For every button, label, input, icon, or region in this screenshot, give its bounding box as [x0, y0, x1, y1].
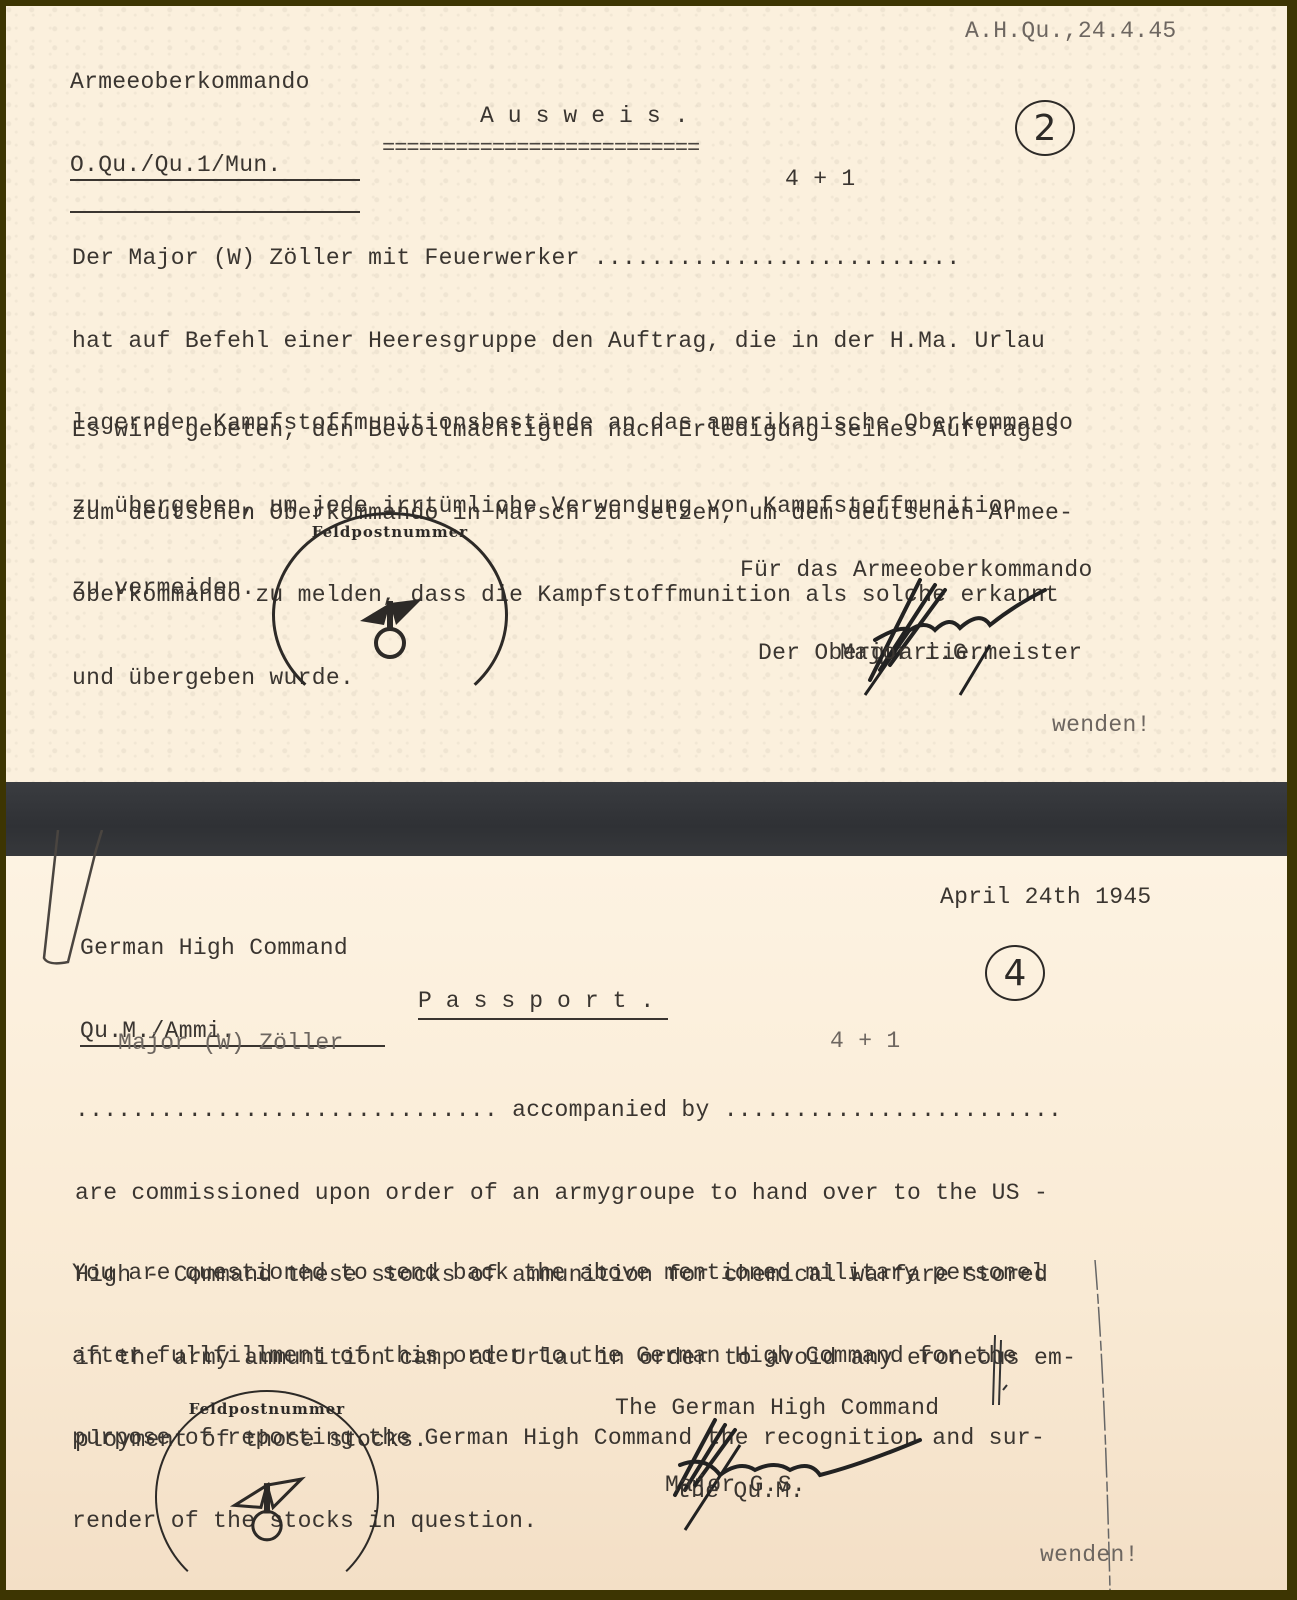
official-stamp: Feldpostnummer — [272, 512, 508, 718]
header-date: April 24th 1945 — [940, 884, 1152, 912]
circled-number-text: 2 — [1034, 108, 1057, 149]
eagle-emblem-icon — [337, 583, 443, 663]
handwritten-signature-icon — [660, 1405, 940, 1535]
paragraph-1-line: .............................. accompani… — [75, 1097, 1076, 1125]
document-title: Ausweis. — [480, 103, 702, 131]
paragraph-2-line: You are questioned to send back the abov… — [72, 1260, 1045, 1288]
header-left: Armeeoberkommando O.Qu./Qu.1/Mun. — [70, 14, 360, 213]
circled-page-number: 4 — [985, 945, 1045, 1001]
header-left-line1: German High Command — [80, 935, 385, 963]
handwritten-signature-icon — [840, 570, 1050, 700]
pencil-line-icon — [1090, 1260, 1120, 1590]
handwritten-mark-icon — [985, 1330, 1025, 1410]
official-stamp: Feldpostnummer — [155, 1390, 379, 1600]
header-left-line1: Armeeoberkommando — [70, 69, 360, 97]
title-underline: ========================== — [382, 136, 699, 161]
paragraph-2-line: Es wird gebeten, den Bevollmächtigten na… — [72, 417, 1073, 445]
header-date: A.H.Qu.,24.4.45 — [965, 18, 1177, 46]
divider-band — [6, 782, 1287, 856]
stamp-text: Feldpostnummer — [189, 1400, 345, 1418]
paragraph-1-line: are commissioned upon order of an armygr… — [75, 1180, 1076, 1208]
paragraph-1-line: hat auf Befehl einer Heeresgruppe den Au… — [72, 328, 1073, 356]
document-title: Passport. — [418, 988, 668, 1020]
stamp-text: Feldpostnummer — [312, 523, 468, 541]
turn-over-note: wenden! — [1052, 712, 1151, 740]
signature-rank: Major i.G. — [840, 640, 981, 668]
paragraph-1-line: Der Major (W) Zöller mit Feuerwerker ...… — [72, 245, 1073, 273]
circled-number-text: 4 — [1004, 953, 1027, 994]
turn-over-note: wenden! — [1040, 1542, 1139, 1570]
eagle-emblem-icon — [216, 1463, 317, 1547]
header-left-line2: O.Qu./Qu.1/Mun. — [70, 152, 360, 182]
signature-rank: Major G.S. — [665, 1472, 806, 1500]
circled-page-number: 2 — [1015, 100, 1075, 156]
